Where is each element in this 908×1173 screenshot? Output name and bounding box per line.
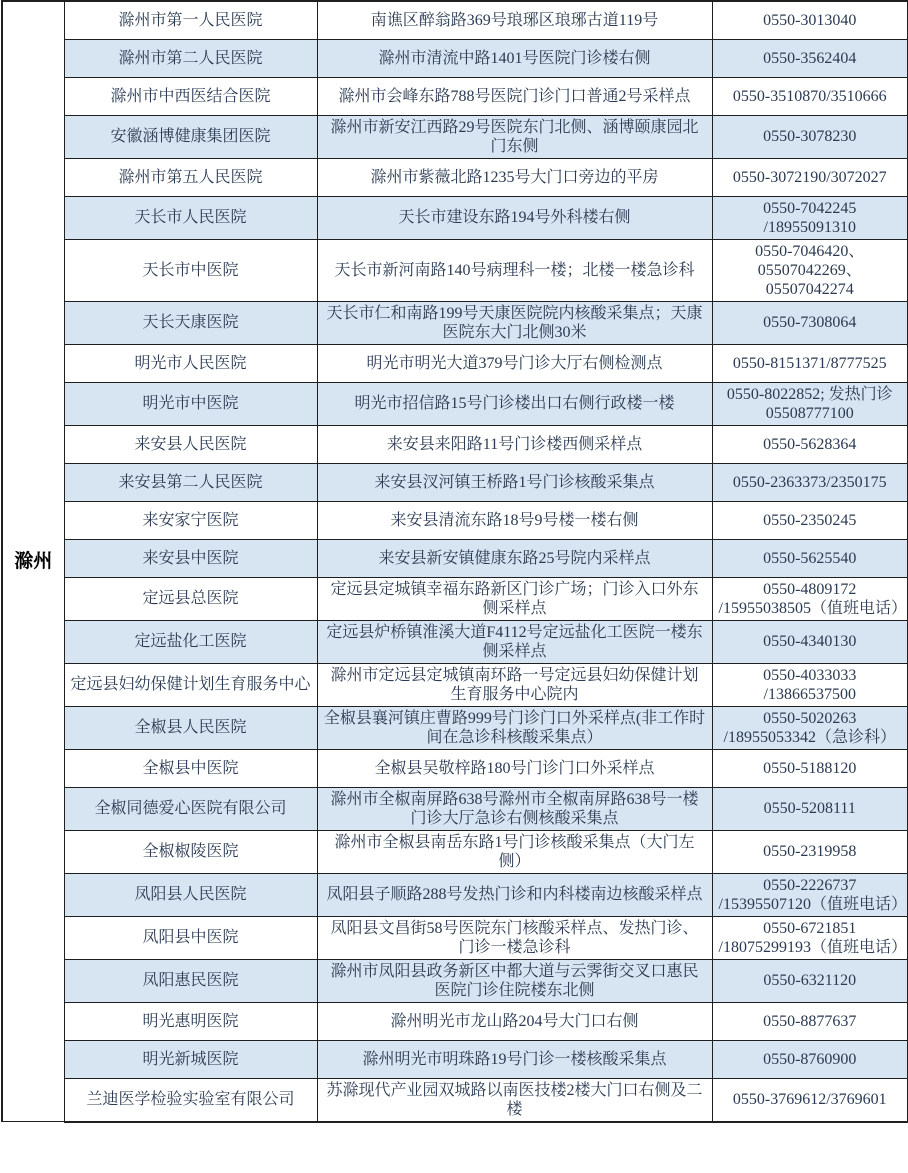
phone-cell: 0550-4340130 <box>712 620 908 663</box>
address-cell: 滁州市新安江西路29号医院东门北侧、涵博颐康园北门东侧 <box>317 115 712 158</box>
address-cell: 滁州市清流中路1401号医院门诊楼右侧 <box>317 39 712 77</box>
address-cell: 滁州明光市龙山路204号大门口右侧 <box>317 1002 712 1040</box>
address-cell: 滁州市全椒南屏路638号滁州市全椒南屏路638号一楼门诊大厅急诊右侧核酸采集点 <box>317 787 712 830</box>
table-row: 兰迪医学检验实验室有限公司 苏滁现代产业园双城路以南医技楼2楼大门口右侧及二楼 … <box>2 1078 908 1122</box>
table-row: 凤阳县中医院 凤阳县文昌街58号医院东门核酸采样点、发热门诊、门诊一楼急诊科 0… <box>2 916 908 959</box>
address-cell: 凤阳县文昌街58号医院东门核酸采样点、发热门诊、门诊一楼急诊科 <box>317 916 712 959</box>
phone-cell: 0550-5020263 /18955053342（急诊科） <box>712 706 908 749</box>
address-cell: 定远县炉桥镇淮溪大道F4112号定远盐化工医院一楼东侧采样点 <box>317 620 712 663</box>
table-row: 天长天康医院 天长市仁和南路199号天康医院院内核酸采集点；天康医院东大门北侧3… <box>2 301 908 344</box>
address-cell: 滁州市紫薇北路1235号大门口旁边的平房 <box>317 158 712 196</box>
phone-cell: 0550-2319958 <box>712 830 908 873</box>
table-row: 定远县妇幼保健计划生育服务中心 滁州市定远县定城镇南环路一号定远县妇幼保健计划生… <box>2 663 908 706</box>
hospital-name-cell: 明光新城医院 <box>64 1040 317 1078</box>
phone-cell: 0550-2226737 /15395507120（值班电话） <box>712 873 908 916</box>
hospital-name-cell: 凤阳惠民医院 <box>64 959 317 1002</box>
table-row: 来安县人民医院 来安县来阳路11号门诊楼西侧采样点 0550-5628364 <box>2 425 908 463</box>
hospital-name-cell: 天长市人民医院 <box>64 196 317 239</box>
address-cell: 来安县新安镇健康东路25号院内采样点 <box>317 539 712 577</box>
hospital-name-cell: 兰迪医学检验实验室有限公司 <box>64 1078 317 1122</box>
hospital-name-cell: 凤阳县中医院 <box>64 916 317 959</box>
address-cell: 天长市新河南路140号病理科一楼；北楼一楼急诊科 <box>317 239 712 301</box>
hospital-name-cell: 定远县妇幼保健计划生育服务中心 <box>64 663 317 706</box>
table-row: 滁州 滁州市第一人民医院 南谯区醉翁路369号琅琊区琅琊古道119号 0550-… <box>2 1 908 39</box>
hospital-name-cell: 全椒县中医院 <box>64 749 317 787</box>
hospital-name-cell: 明光市人民医院 <box>64 344 317 382</box>
phone-cell: 0550-3078230 <box>712 115 908 158</box>
address-cell: 来安县来阳路11号门诊楼西侧采样点 <box>317 425 712 463</box>
table-row: 明光市中医院 明光市招信路15号门诊楼出口右侧行政楼一楼 0550-802285… <box>2 382 908 425</box>
phone-cell: 0550-6721851 /18075299193（值班电话） <box>712 916 908 959</box>
address-cell: 明光市招信路15号门诊楼出口右侧行政楼一楼 <box>317 382 712 425</box>
table-row: 全椒县人民医院 全椒县襄河镇庄曹路999号门诊门口外采样点(非工作时间在急诊科核… <box>2 706 908 749</box>
phone-cell: 0550-5625540 <box>712 539 908 577</box>
table-row: 来安县中医院 来安县新安镇健康东路25号院内采样点 0550-5625540 <box>2 539 908 577</box>
phone-cell: 0550-5188120 <box>712 749 908 787</box>
hospital-name-cell: 来安县第二人民医院 <box>64 463 317 501</box>
table-row: 凤阳惠民医院 滁州市凤阳县政务新区中都大道与云霁街交叉口惠民医院门诊住院楼东北侧… <box>2 959 908 1002</box>
phone-cell: 0550-4809172 /15955038505（值班电话） <box>712 577 908 620</box>
phone-cell: 0550-3072190/3072027 <box>712 158 908 196</box>
table-row: 安徽涵博健康集团医院 滁州市新安江西路29号医院东门北侧、涵博颐康园北门东侧 0… <box>2 115 908 158</box>
address-cell: 全椒县吴敬梓路180号门诊门口外采样点 <box>317 749 712 787</box>
city-label: 滁州 <box>2 1 64 1122</box>
address-cell: 苏滁现代产业园双城路以南医技楼2楼大门口右侧及二楼 <box>317 1078 712 1122</box>
table-row: 定远县总医院 定远县定城镇幸福东路新区门诊广场；门诊入口外东侧采样点 0550-… <box>2 577 908 620</box>
phone-cell: 0550-5208111 <box>712 787 908 830</box>
table-row: 明光惠明医院 滁州明光市龙山路204号大门口右侧 0550-8877637 <box>2 1002 908 1040</box>
phone-cell: 0550-8760900 <box>712 1040 908 1078</box>
hospital-name-cell: 滁州市第二人民医院 <box>64 39 317 77</box>
table-row: 滁州市第二人民医院 滁州市清流中路1401号医院门诊楼右侧 0550-35624… <box>2 39 908 77</box>
hospital-name-cell: 天长天康医院 <box>64 301 317 344</box>
table-row: 全椒同德爱心医院有限公司 滁州市全椒南屏路638号滁州市全椒南屏路638号一楼门… <box>2 787 908 830</box>
hospital-name-cell: 凤阳县人民医院 <box>64 873 317 916</box>
phone-cell: 0550-7046420、 05507042269、 05507042274 <box>712 239 908 301</box>
table-row: 天长市人民医院 天长市建设东路194号外科楼右侧 0550-7042245 /1… <box>2 196 908 239</box>
hospital-name-cell: 滁州市第一人民医院 <box>64 1 317 39</box>
phone-cell: 0550-3562404 <box>712 39 908 77</box>
table-row: 全椒椒陵医院 滁州市全椒县南岳东路1号门诊核酸采集点（大门左侧） 0550-23… <box>2 830 908 873</box>
address-cell: 定远县定城镇幸福东路新区门诊广场；门诊入口外东侧采样点 <box>317 577 712 620</box>
hospital-name-cell: 来安县中医院 <box>64 539 317 577</box>
phone-cell: 0550-7042245 /18955091310 <box>712 196 908 239</box>
hospital-name-cell: 天长市中医院 <box>64 239 317 301</box>
phone-cell: 0550-6321120 <box>712 959 908 1002</box>
address-cell: 明光市明光大道379号门诊大厅右侧检测点 <box>317 344 712 382</box>
address-cell: 滁州市凤阳县政务新区中都大道与云霁街交叉口惠民医院门诊住院楼东北侧 <box>317 959 712 1002</box>
address-cell: 南谯区醉翁路369号琅琊区琅琊古道119号 <box>317 1 712 39</box>
table-row: 明光市人民医院 明光市明光大道379号门诊大厅右侧检测点 0550-815137… <box>2 344 908 382</box>
address-cell: 滁州市定远县定城镇南环路一号定远县妇幼保健计划生育服务中心院内 <box>317 663 712 706</box>
phone-cell: 0550-8151371/8777525 <box>712 344 908 382</box>
hospital-name-cell: 全椒同德爱心医院有限公司 <box>64 787 317 830</box>
phone-cell: 0550-3013040 <box>712 1 908 39</box>
address-cell: 滁州市全椒县南岳东路1号门诊核酸采集点（大门左侧） <box>317 830 712 873</box>
table-row: 明光新城医院 滁州明光市明珠路19号门诊一楼核酸采集点 0550-8760900 <box>2 1040 908 1078</box>
phone-cell: 0550-7308064 <box>712 301 908 344</box>
testing-sites-table: 滁州 滁州市第一人民医院 南谯区醉翁路369号琅琊区琅琊古道119号 0550-… <box>1 0 908 1123</box>
address-cell: 天长市仁和南路199号天康医院院内核酸采集点；天康医院东大门北侧30米 <box>317 301 712 344</box>
phone-cell: 0550-3769612/3769601 <box>712 1078 908 1122</box>
phone-cell: 0550-4033033 /13866537500 <box>712 663 908 706</box>
table-row: 定远盐化工医院 定远县炉桥镇淮溪大道F4112号定远盐化工医院一楼东侧采样点 0… <box>2 620 908 663</box>
table-row: 全椒县中医院 全椒县吴敬梓路180号门诊门口外采样点 0550-5188120 <box>2 749 908 787</box>
table-row: 凤阳县人民医院 凤阳县子顺路288号发热门诊和内科楼南边核酸采样点 0550-2… <box>2 873 908 916</box>
phone-cell: 0550-5628364 <box>712 425 908 463</box>
address-cell: 天长市建设东路194号外科楼右侧 <box>317 196 712 239</box>
hospital-name-cell: 全椒椒陵医院 <box>64 830 317 873</box>
hospital-name-cell: 明光惠明医院 <box>64 1002 317 1040</box>
page: 滁州 滁州市第一人民医院 南谯区醉翁路369号琅琊区琅琊古道119号 0550-… <box>0 0 908 1173</box>
address-cell: 来安县汊河镇王桥路1号门诊核酸采集点 <box>317 463 712 501</box>
phone-cell: 0550-8877637 <box>712 1002 908 1040</box>
table-row: 滁州市中西医结合医院 滁州市会峰东路788号医院门诊门口普通2号采样点 0550… <box>2 77 908 115</box>
hospital-name-cell: 全椒县人民医院 <box>64 706 317 749</box>
hospital-name-cell: 滁州市中西医结合医院 <box>64 77 317 115</box>
hospital-name-cell: 定远县总医院 <box>64 577 317 620</box>
table-row: 天长市中医院 天长市新河南路140号病理科一楼；北楼一楼急诊科 0550-704… <box>2 239 908 301</box>
table-row: 来安家宁医院 来安县清流东路18号9号楼一楼右侧 0550-2350245 <box>2 501 908 539</box>
phone-cell: 0550-2350245 <box>712 501 908 539</box>
hospital-name-cell: 滁州市第五人民医院 <box>64 158 317 196</box>
address-cell: 滁州市会峰东路788号医院门诊门口普通2号采样点 <box>317 77 712 115</box>
phone-cell: 0550-3510870/3510666 <box>712 77 908 115</box>
hospital-name-cell: 安徽涵博健康集团医院 <box>64 115 317 158</box>
address-cell: 全椒县襄河镇庄曹路999号门诊门口外采样点(非工作时间在急诊科核酸采集点） <box>317 706 712 749</box>
hospital-name-cell: 定远盐化工医院 <box>64 620 317 663</box>
hospital-name-cell: 来安家宁医院 <box>64 501 317 539</box>
hospital-name-cell: 来安县人民医院 <box>64 425 317 463</box>
hospital-name-cell: 明光市中医院 <box>64 382 317 425</box>
table-row: 来安县第二人民医院 来安县汊河镇王桥路1号门诊核酸采集点 0550-236337… <box>2 463 908 501</box>
phone-cell: 0550-8022852; 发热门诊 05508777100 <box>712 382 908 425</box>
address-cell: 凤阳县子顺路288号发热门诊和内科楼南边核酸采样点 <box>317 873 712 916</box>
table-row: 滁州市第五人民医院 滁州市紫薇北路1235号大门口旁边的平房 0550-3072… <box>2 158 908 196</box>
address-cell: 来安县清流东路18号9号楼一楼右侧 <box>317 501 712 539</box>
phone-cell: 0550-2363373/2350175 <box>712 463 908 501</box>
address-cell: 滁州明光市明珠路19号门诊一楼核酸采集点 <box>317 1040 712 1078</box>
